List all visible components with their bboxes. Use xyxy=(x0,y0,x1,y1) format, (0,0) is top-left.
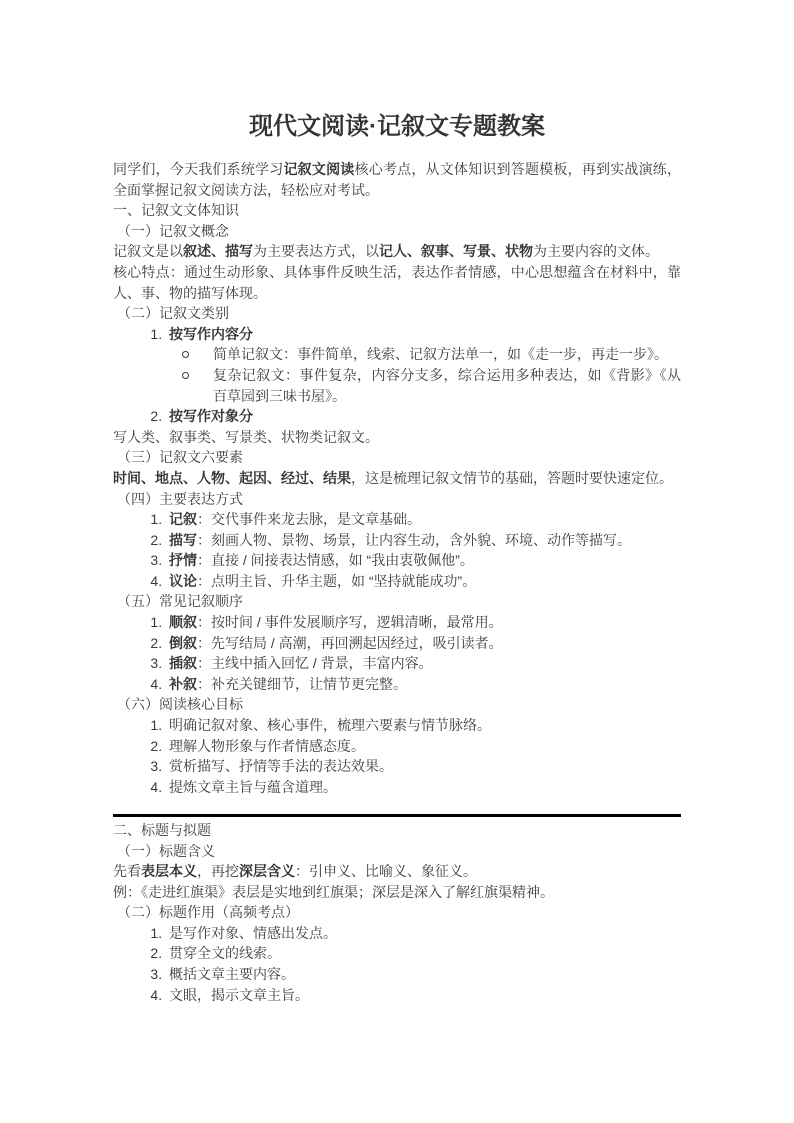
list-item: 是写作对象、情感出发点。 xyxy=(166,923,681,944)
bold-run: 倒叙 xyxy=(169,635,197,651)
paragraph: 写人类、叙事类、写景类、状物类记叙文。 xyxy=(113,427,681,448)
text-run: ：按时间 / 事件发展顺序写，逻辑清晰，最常用。 xyxy=(197,614,503,630)
list-item: 简单记叙文：事件简单，线索、记叙方法单一，如《走一步，再走一步》。 xyxy=(213,344,681,365)
sub-heading: （一）标题含义 xyxy=(113,841,681,862)
text-run: 概括文章主要内容。 xyxy=(169,966,295,982)
list-item: 明确记叙对象、核心事件，梳理六要素与情节脉络。 xyxy=(166,715,681,736)
paragraph: 二、标题与拟题 xyxy=(113,820,681,841)
bold-run: 插叙 xyxy=(169,655,197,671)
text-run: ：先写结局 / 高潮，再回溯起因经过，吸引读者。 xyxy=(197,635,503,651)
text-run: ，这是梳理记叙文情节的基础，答题时要快速定位。 xyxy=(351,470,673,486)
list-item: 按写作内容分 xyxy=(166,324,681,345)
list-item: 顺叙：按时间 / 事件发展顺序写，逻辑清晰，最常用。 xyxy=(166,612,681,633)
numbered-list: 按写作对象分 xyxy=(113,406,681,427)
document-body: 现代文阅读·记叙文专题教案同学们，今天我们系统学习记叙文阅读核心考点，从文体知识… xyxy=(113,111,681,1005)
bullet-list: 简单记叙文：事件简单，线索、记叙方法单一，如《走一步，再走一步》。复杂记叙文：事… xyxy=(113,344,681,406)
sub-heading: （三）记叙文六要素 xyxy=(113,447,681,468)
list-item: 补叙：补充关键细节，让情节更完整。 xyxy=(166,674,681,695)
bold-run: 按写作对象分 xyxy=(169,408,253,424)
list-item: 理解人物形象与作者情感态度。 xyxy=(166,736,681,757)
list-item: 倒叙：先写结局 / 高潮，再回溯起因经过，吸引读者。 xyxy=(166,633,681,654)
list-item: 提炼文章主旨与蕴含道理。 xyxy=(166,777,681,798)
text-run: 同学们，今天我们系统学习 xyxy=(113,161,283,177)
bold-run: 记叙文阅读 xyxy=(283,161,354,177)
bold-run: 抒情 xyxy=(169,552,197,568)
bold-run: 顺叙 xyxy=(169,614,197,630)
text-run: 记叙文是以 xyxy=(113,243,183,259)
sub-heading: （四）主要表达方式 xyxy=(113,489,681,510)
document-title: 现代文阅读·记叙文专题教案 xyxy=(113,111,681,142)
bold-run: 现代文阅读·记叙文专题教案 xyxy=(249,113,545,140)
sub-heading: （五）常见记叙顺序 xyxy=(113,591,681,612)
paragraph: 先看表层本义，再挖深层含义：引申义、比喻义、象征义。 xyxy=(113,861,681,882)
text-run: 提炼文章主旨与蕴含道理。 xyxy=(169,779,337,795)
text-run: （六）阅读核心目标 xyxy=(117,696,243,712)
text-run: 简单记叙文：事件简单，线索、记叙方法单一，如《走一步，再走一步》。 xyxy=(213,346,668,362)
list-item: 抒情：直接 / 间接表达情感，如 “我由衷敬佩他”。 xyxy=(166,550,681,571)
text-run: 例：《走进红旗渠》表层是实地到红旗渠；深层是深入了解红旗渠精神。 xyxy=(113,884,554,900)
bold-run: 叙述、描写 xyxy=(183,243,253,259)
paragraph: 时间、地点、人物、起因、经过、结果，这是梳理记叙文情节的基础，答题时要快速定位。 xyxy=(113,468,681,489)
text-run: （二）记叙文类别 xyxy=(117,305,229,321)
list-item: 按写作对象分 xyxy=(166,406,681,427)
text-run: （三）记叙文六要素 xyxy=(117,449,243,465)
text-run: ：直接 / 间接表达情感，如 “我由衷敬佩他”。 xyxy=(197,552,474,568)
list-item: 赏析描写、抒情等手法的表达效果。 xyxy=(166,756,681,777)
bold-run: 深层含义 xyxy=(239,863,295,879)
sub-heading: （二）标题作用（高频考点） xyxy=(113,902,681,923)
paragraph: 核心特点：通过生动形象、具体事件反映生活，表达作者情感，中心思想蕴含在材料中，靠… xyxy=(113,262,681,303)
numbered-list: 顺叙：按时间 / 事件发展顺序写，逻辑清晰，最常用。倒叙：先写结局 / 高潮，再… xyxy=(113,612,681,694)
sub-heading: （六）阅读核心目标 xyxy=(113,694,681,715)
text-run: 为主要表达方式，以 xyxy=(253,243,379,259)
document-page: 现代文阅读·记叙文专题教案同学们，今天我们系统学习记叙文阅读核心考点，从文体知识… xyxy=(0,0,794,1123)
text-run: （四）主要表达方式 xyxy=(117,491,243,507)
text-run: 贯穿全文的线索。 xyxy=(169,945,281,961)
text-run: 为主要内容的文体。 xyxy=(533,243,659,259)
list-item: 记叙：交代事件来龙去脉，是文章基础。 xyxy=(166,509,681,530)
text-run: ：主线中插入回忆 / 背景，丰富内容。 xyxy=(197,655,433,671)
text-run: ：补充关键细节，让情节更完整。 xyxy=(197,676,407,692)
text-run: ：交代事件来龙去脉，是文章基础。 xyxy=(197,511,421,527)
bold-run: 议论 xyxy=(169,573,197,589)
list-item: 复杂记叙文：事件复杂，内容分支多，综合运用多种表达，如《背影》《从百草园到三味书… xyxy=(213,365,681,406)
numbered-list: 是写作对象、情感出发点。贯穿全文的线索。概括文章主要内容。文眼，揭示文章主旨。 xyxy=(113,923,681,1005)
bold-run: 记人、叙事、写景、状物 xyxy=(379,243,533,259)
text-run: 赏析描写、抒情等手法的表达效果。 xyxy=(169,758,393,774)
text-run: 先看 xyxy=(113,863,141,879)
list-item: 议论：点明主旨、升华主题，如 “坚持就能成功”。 xyxy=(166,571,681,592)
text-run: ：点明主旨、升华主题，如 “坚持就能成功”。 xyxy=(197,573,476,589)
bold-run: 补叙 xyxy=(169,676,197,692)
text-run: 文眼，揭示文章主旨。 xyxy=(169,987,309,1003)
text-run: 明确记叙对象、核心事件，梳理六要素与情节脉络。 xyxy=(169,717,491,733)
text-run: 理解人物形象与作者情感态度。 xyxy=(169,738,365,754)
text-run: 写人类、叙事类、写景类、状物类记叙文。 xyxy=(113,429,379,445)
text-run: （一）记叙文概念 xyxy=(117,223,229,239)
sub-heading: （一）记叙文概念 xyxy=(113,221,681,242)
text-run: （二）标题作用（高频考点） xyxy=(117,904,299,920)
paragraph: 记叙文是以叙述、描写为主要表达方式，以记人、叙事、写景、状物为主要内容的文体。 xyxy=(113,241,681,262)
text-run: （一）标题含义 xyxy=(117,843,215,859)
list-item: 概括文章主要内容。 xyxy=(166,964,681,985)
text-run: ：引申义、比喻义、象征义。 xyxy=(295,863,477,879)
list-item: 文眼，揭示文章主旨。 xyxy=(166,985,681,1006)
paragraph: 同学们，今天我们系统学习记叙文阅读核心考点，从文体知识到答题模板，再到实战演练，… xyxy=(113,159,681,200)
list-item: 描写：刻画人物、景物、场景，让内容生动，含外貌、环境、动作等描写。 xyxy=(166,530,681,551)
text-run: 复杂记叙文：事件复杂，内容分支多，综合运用多种表达，如《背影》《从百草园到三味书… xyxy=(213,367,681,404)
bold-run: 时间、地点、人物、起因、经过、结果 xyxy=(113,470,351,486)
numbered-list: 记叙：交代事件来龙去脉，是文章基础。描写：刻画人物、景物、场景，让内容生动，含外… xyxy=(113,509,681,591)
text-run: 核心特点：通过生动形象、具体事件反映生活，表达作者情感，中心思想蕴含在材料中，靠… xyxy=(113,264,681,301)
text-run: ，再挖 xyxy=(197,863,239,879)
sub-heading: （二）记叙文类别 xyxy=(113,303,681,324)
list-item: 贯穿全文的线索。 xyxy=(166,943,681,964)
bold-run: 按写作内容分 xyxy=(169,326,253,342)
numbered-list: 明确记叙对象、核心事件，梳理六要素与情节脉络。理解人物形象与作者情感态度。赏析描… xyxy=(113,715,681,797)
paragraph: 例：《走进红旗渠》表层是实地到红旗渠；深层是深入了解红旗渠精神。 xyxy=(113,882,681,903)
bold-run: 表层本义 xyxy=(141,863,197,879)
text-run: 二、标题与拟题 xyxy=(113,822,211,838)
text-run: ：刻画人物、景物、场景，让内容生动，含外貌、环境、动作等描写。 xyxy=(197,532,631,548)
bold-run: 描写 xyxy=(169,532,197,548)
paragraph: 一、记叙文文体知识 xyxy=(113,200,681,221)
section-divider xyxy=(113,814,681,817)
text-run: 一、记叙文文体知识 xyxy=(113,202,239,218)
list-item: 插叙：主线中插入回忆 / 背景，丰富内容。 xyxy=(166,653,681,674)
text-run: （五）常见记叙顺序 xyxy=(117,593,243,609)
text-run: 是写作对象、情感出发点。 xyxy=(169,925,337,941)
bold-run: 记叙 xyxy=(169,511,197,527)
numbered-list: 按写作内容分 xyxy=(113,324,681,345)
